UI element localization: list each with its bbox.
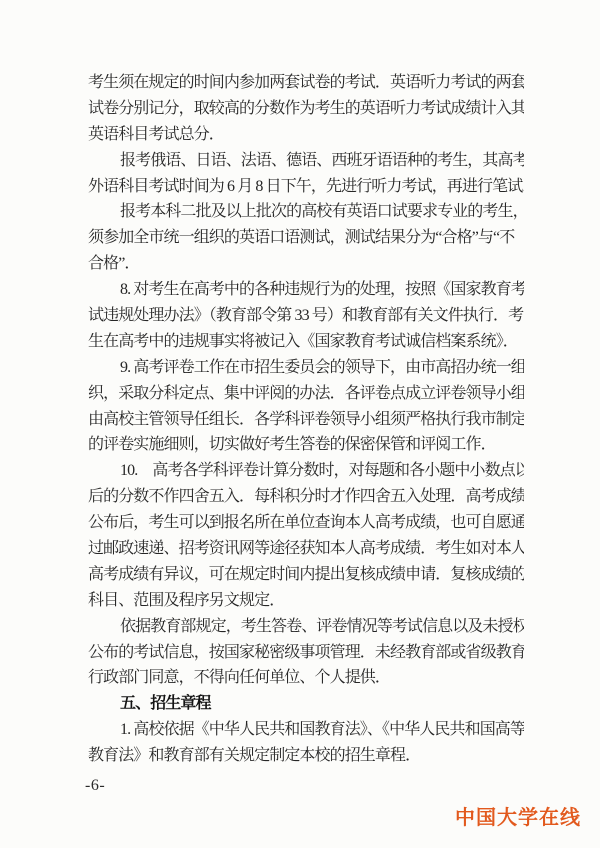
text-line: 科目、范围及程序另文规定． <box>88 588 524 614</box>
section-heading: 五、招生章程 <box>88 691 524 717</box>
text-line: 后的分数不作四舍五入．每科积分时才作四舍五入处理．高考成绩 <box>88 484 524 510</box>
text-line: 报考本科二批及以上批次的高校有英语口试要求专业的考生， <box>88 199 524 225</box>
text-line: 教育法》和教育部有关规定制定本校的招生章程． <box>88 743 524 769</box>
document-body: 考生须在规定的时间内参加两套试卷的考试．英语听力考试的两套试卷分别记分，取较高的… <box>88 70 524 769</box>
text-line: 由高校主管领导任组长．各学科评卷领导小组须严格执行我市制定 <box>88 407 524 433</box>
text-line: 合格”． <box>88 251 524 277</box>
document-page: 考生须在规定的时间内参加两套试卷的考试．英语听力考试的两套试卷分别记分，取较高的… <box>0 0 600 848</box>
text-line: 试违规处理办法》（教育部令第 33 号）和教育部有关文件执行．考 <box>88 303 524 329</box>
text-line: 公布的考试信息，按国家秘密级事项管理．未经教育部或省级教育 <box>88 640 524 666</box>
text-line: 织，采取分科定点、集中评阅的办法．各评卷点成立评卷领导小组， <box>88 381 524 407</box>
text-line: 英语科目考试总分． <box>88 122 524 148</box>
text-line: 8. 对考生在高考中的各种违规行为的处理，按照《国家教育考 <box>88 277 524 303</box>
text-line: 9. 高考评卷工作在市招生委员会的领导下，由市高招办统一组 <box>88 355 524 381</box>
text-line: 公布后，考生可以到报名所在单位查询本人高考成绩，也可自愿通 <box>88 510 524 536</box>
page-number: -6- <box>85 777 105 795</box>
text-line: 生在高考中的违规事实将被记入《国家教育考试诚信档案系统》． <box>88 329 524 355</box>
text-line: 须参加全市统一组织的英语口语测试，测试结果分为“合格”与“不 <box>88 225 524 251</box>
text-line: 行政部门同意，不得向任何单位、个人提供． <box>88 665 524 691</box>
text-line: 1. 高校依据《中华人民共和国教育法》、《中华人民共和国高等 <box>88 717 524 743</box>
text-line: 报考俄语、日语、法语、德语、西班牙语语种的考生，其高考 <box>88 148 524 174</box>
text-line: 高考成绩有异议，可在规定时间内提出复核成绩申请．复核成绩的 <box>88 562 524 588</box>
text-line: 的评卷实施细则，切实做好考生答卷的保密保管和评阅工作． <box>88 432 524 458</box>
text-line: 外语科目考试时间为 6 月 8 日下午，先进行听力考试，再进行笔试． <box>88 174 524 200</box>
text-line: 过邮政速递、招考资讯网等途径获知本人高考成绩．考生如对本人 <box>88 536 524 562</box>
text-line: 10. 高考各学科评卷计算分数时，对每题和各小题中小数点以 <box>88 458 524 484</box>
text-line: 试卷分别记分，取较高的分数作为考生的英语听力考试成绩计入其 <box>88 96 524 122</box>
watermark-text: 中国大学在线 <box>455 801 581 830</box>
text-line: 考生须在规定的时间内参加两套试卷的考试．英语听力考试的两套 <box>88 70 524 96</box>
text-line: 依据教育部规定，考生答卷、评卷情况等考试信息以及未授权 <box>88 614 524 640</box>
